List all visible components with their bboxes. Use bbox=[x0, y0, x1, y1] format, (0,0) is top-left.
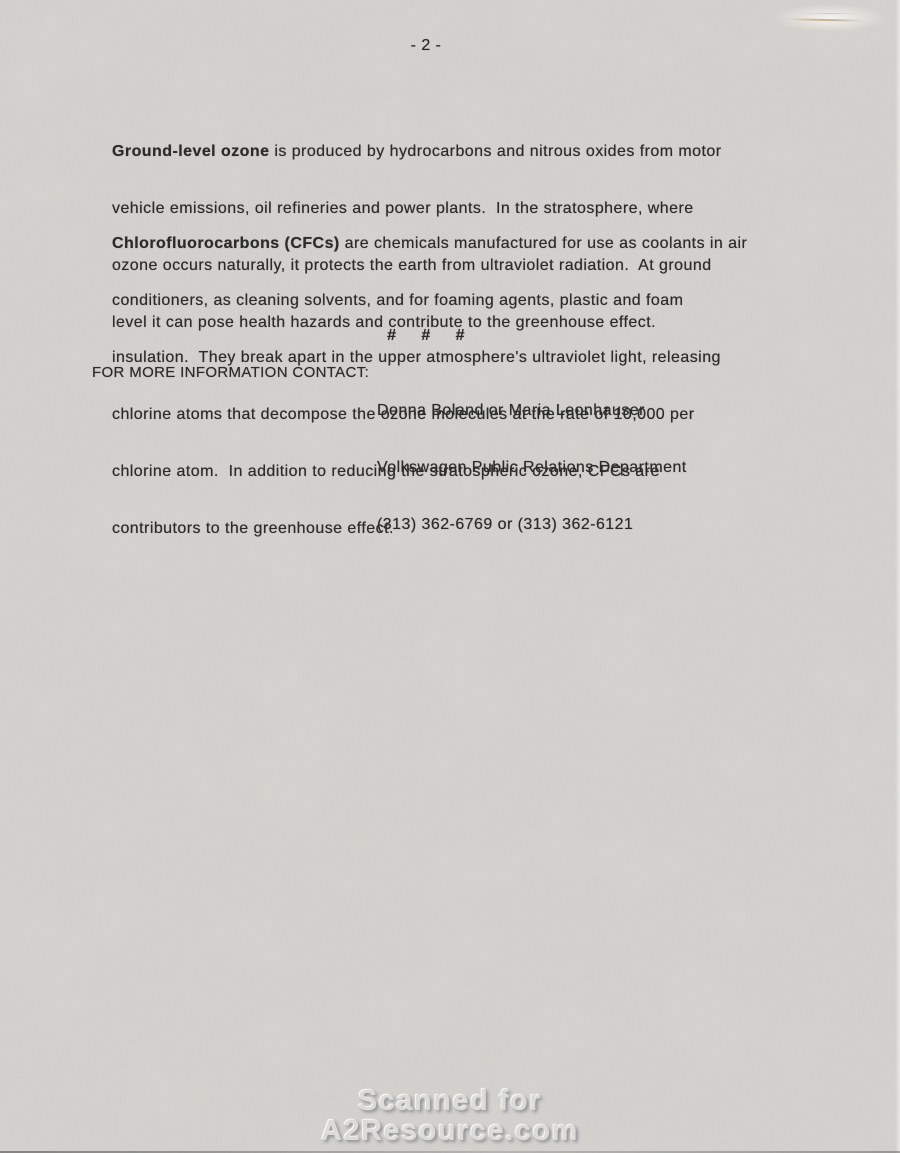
lead-rest-text: is produced by hydrocarbons and nitrous … bbox=[269, 143, 721, 160]
watermark-line-1: Scanned for bbox=[0, 1086, 900, 1116]
watermark-line-2: A2Resource.com bbox=[0, 1116, 900, 1146]
lead-rest-text: are chemicals manufactured for use as co… bbox=[340, 235, 748, 252]
paragraph-line: conditioners, as cleaning solvents, and … bbox=[112, 291, 747, 310]
page-number: - 2 - bbox=[112, 36, 740, 55]
contact-label: FOR MORE INFORMATION CONTACT: bbox=[92, 363, 377, 382]
paragraph-line: Ground-level ozone is produced by hydroc… bbox=[112, 142, 722, 161]
document-content: - 2 - Ground-level ozone is produced by … bbox=[0, 0, 900, 1153]
bold-lead-text: Ground-level ozone bbox=[112, 143, 269, 160]
contact-block: FOR MORE INFORMATION CONTACT: Donna Bola… bbox=[92, 363, 687, 572]
bold-lead-text: Chlorofluorocarbons (CFCs) bbox=[112, 235, 340, 252]
scanned-page: - 2 - Ground-level ozone is produced by … bbox=[0, 0, 900, 1153]
contact-phone-line: (313) 362-6769 or (313) 362-6121 bbox=[377, 515, 687, 534]
contact-details: Donna Boland or Maria Leonhauser Volkswa… bbox=[377, 363, 687, 572]
watermark: Scanned for A2Resource.com bbox=[0, 1086, 900, 1146]
paragraph-line: Chlorofluorocarbons (CFCs) are chemicals… bbox=[112, 234, 747, 253]
contact-name-line: Donna Boland or Maria Leonhauser bbox=[377, 401, 687, 420]
contact-department-line: Volkswagen Public Relations Department bbox=[377, 458, 687, 477]
end-of-release-marker: # # # bbox=[112, 326, 740, 345]
